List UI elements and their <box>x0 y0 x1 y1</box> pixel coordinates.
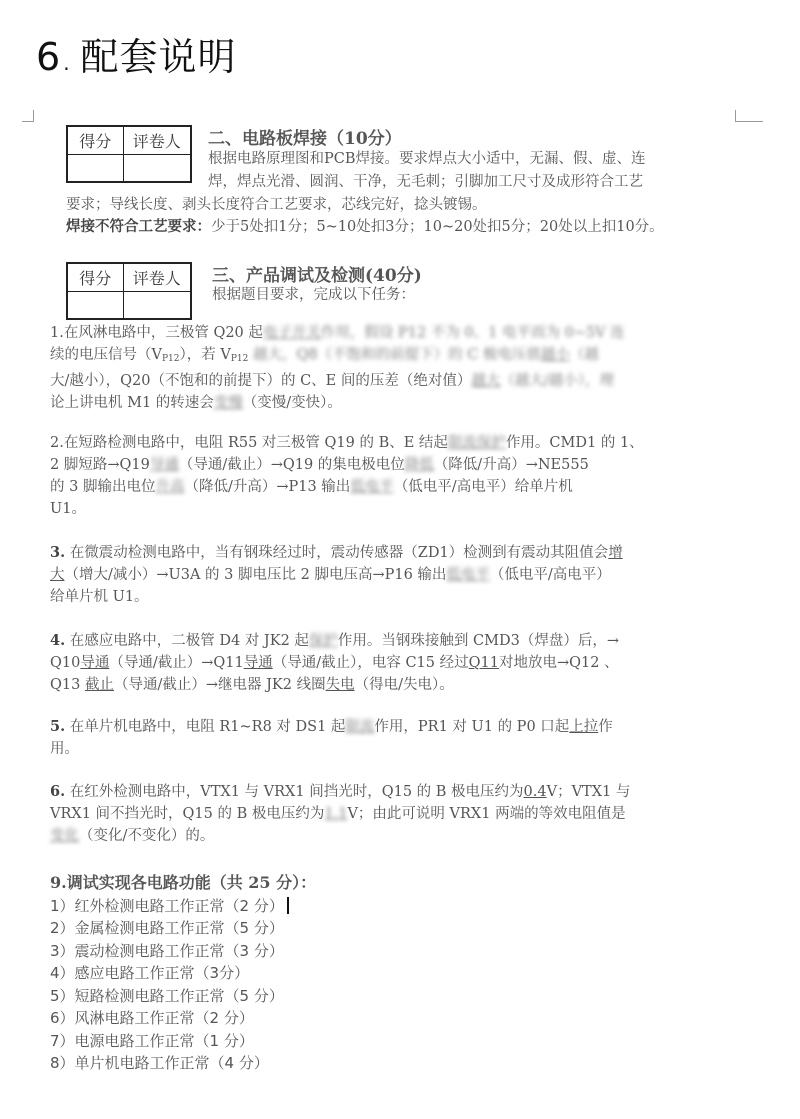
q3-answer-1b[interactable]: 大 <box>50 567 65 583</box>
score-header: 得分 <box>67 126 123 154</box>
grader-cell[interactable] <box>123 291 191 319</box>
q5-text: 作 <box>598 719 613 735</box>
title-dot: . <box>63 51 70 75</box>
q1-text: 1.在风淋电路中，三极管 Q20 起 <box>50 325 263 341</box>
q1-text: 越大，Q8（不饱和的前提下）的 C 极电压值 <box>248 347 541 363</box>
q2-text: （降低/升高）→P13 输出 <box>184 479 350 495</box>
question-4: 4. 在感应电路中，二极管 D4 对 JK2 起保护作用。当钢珠接触到 CMD3… <box>50 630 750 696</box>
q2-answer-1[interactable]: 限流保护 <box>448 435 506 451</box>
q2-answer-3[interactable]: 降低 <box>405 457 434 473</box>
q3-text: 在微震动检测电路中，当有钢珠经过时，震动传感器（ZD1）检测到有震动其阻值会 <box>65 545 608 561</box>
q5-text: 作用，PR1 对 U1 的 P0 口起 <box>374 719 569 735</box>
section2-heading: 二、电路板焊接（10分） <box>208 124 402 149</box>
q2-text: 的 3 脚输出电位 <box>50 479 155 495</box>
q2-text: 作用。CMD1 的 1、 <box>506 435 644 451</box>
q1-text: （变慢/变快）。 <box>243 395 342 411</box>
q1-text: 续的电压信号（V <box>50 347 162 363</box>
rule-text: 少于5处扣1分；5~10处扣3分；10~20处扣5分；20处以上扣10分。 <box>211 219 664 235</box>
q4-answer-5[interactable]: 截止 <box>85 677 114 693</box>
q2-text: 2 脚短路→Q19 <box>50 457 150 473</box>
q3-text: 给单片机 U1。 <box>50 589 149 605</box>
q1-answer-3[interactable]: 越大 <box>471 373 500 389</box>
section9-list: 9.调试实现各电路功能（共 25 分）： 1）红外检测电路工作正常（2 分） 2… <box>50 872 316 1075</box>
q4-answer-1[interactable]: 保护 <box>309 633 338 649</box>
q4-text: （导通/截止）→Q11 <box>109 655 243 671</box>
q6-number: 6. <box>50 783 65 800</box>
score-cell[interactable] <box>67 291 123 319</box>
q4-text: （导通/截止），电容 C15 经过 <box>273 655 469 671</box>
q4-text: 在感应电路中，二极管 D4 对 JK2 起 <box>65 633 309 649</box>
q4-number: 4. <box>50 632 65 649</box>
q4-answer-3[interactable]: 导通 <box>244 655 273 671</box>
q2-answer-4[interactable]: 升高 <box>155 479 184 495</box>
list-item: 3）震动检测电路工作正常（3 分） <box>50 940 316 963</box>
q2-text: U1。 <box>50 501 86 517</box>
q1-text: 大/越小），Q20（不饱和的前提下）的 C、E 间的压差（绝对值） <box>50 373 471 389</box>
q4-text: 作用。当钢珠接触到 CMD3（焊盘）后，→ <box>338 633 619 649</box>
q4-text: Q13 <box>50 677 80 693</box>
score-cell[interactable] <box>67 154 123 182</box>
question-6: 6. 在红外检测电路中，VTX1 与 VRX1 间挡光时，Q15 的 B 极电压… <box>50 781 750 847</box>
q4-answer-6[interactable]: 失电 <box>326 677 355 693</box>
q6-text: V；由此可说明 VRX1 两端的等效电阻值是 <box>347 806 625 822</box>
q5-text: 在单片机电路中，电阻 R1~R8 对 DS1 起 <box>65 719 345 735</box>
score-table-section3: 得分 评卷人 <box>66 262 192 320</box>
section3-intro: 根据题目要求，完成以下任务： <box>212 284 415 306</box>
q1-subscript: P12 <box>231 354 249 364</box>
question-5: 5. 在单片机电路中，电阻 R1~R8 对 DS1 起限流作用，PR1 对 U1… <box>50 716 750 760</box>
list-item: 1）红外检测电路工作正常（2 分） <box>50 895 316 918</box>
q1-subscript: P12 <box>162 354 180 364</box>
q1-text: 作用，假设 P12 不为 0、1 电平而为 0~5V 连 <box>321 325 625 341</box>
q2-text: （低电平/高电平）给单片机 <box>394 479 573 495</box>
rule-label: 焊接不符合工艺要求： <box>66 218 211 235</box>
crop-mark-top-right <box>735 110 763 122</box>
section2-line3: 要求；导线长度、剥头长度符合工艺要求，芯线完好，捻头镀锡。 <box>66 194 487 216</box>
list-item-text: 1）红外检测电路工作正常（2 分） <box>50 897 284 915</box>
q6-answer-3[interactable]: 变化 <box>50 828 79 844</box>
page-title: 6.配套说明 <box>36 26 237 81</box>
grader-header: 评卷人 <box>123 263 191 291</box>
q1-text: （越大/越小），理 <box>500 373 614 389</box>
q3-answer-1a[interactable]: 增 <box>608 545 623 561</box>
score-header: 得分 <box>67 263 123 291</box>
section9-heading: 9.调试实现各电路功能（共 25 分）： <box>50 872 316 895</box>
q1-text: 论上讲电机 M1 的转速会 <box>50 395 214 411</box>
q4-answer-2[interactable]: 导通 <box>80 655 109 671</box>
q5-answer-2[interactable]: 上拉 <box>569 719 598 735</box>
q6-text: VRX1 间不挡光时，Q15 的 B 极电压约为 <box>50 806 324 822</box>
section2-line1: 根据电路原理图和PCB焊接。要求焊点大小适中，无漏、假、虚、连 <box>208 148 646 170</box>
list-item: 8）单片机电路工作正常（4 分） <box>50 1052 316 1075</box>
q2-text: 2.在短路检测电路中，电阻 R55 对三极管 Q19 的 B、E 结起 <box>50 435 448 451</box>
q1-answer-4[interactable]: 变慢 <box>214 395 243 411</box>
q6-text: V；VTX1 与 <box>547 784 631 800</box>
q5-text: 用。 <box>50 741 79 757</box>
text-cursor <box>287 897 289 914</box>
q3-text: （低电平/高电平） <box>490 567 611 583</box>
list-item: 2）金属检测电路工作正常（5 分） <box>50 917 316 940</box>
list-item: 7）电源电路工作正常（1 分） <box>50 1030 316 1053</box>
title-text: 配套说明 <box>81 35 237 79</box>
section2-rule: 焊接不符合工艺要求：少于5处扣1分；5~10处扣3分；10~20处扣5分；20处… <box>66 216 664 238</box>
q2-answer-5[interactable]: 低电平 <box>350 479 394 495</box>
q3-text: （增大/减小）→U3A 的 3 脚电压比 2 脚电压高→P16 输出 <box>65 567 447 583</box>
q4-text: 对地放电→Q12 、 <box>499 655 619 671</box>
crop-mark-top-left <box>22 110 34 122</box>
q4-text: Q10 <box>50 655 80 671</box>
grader-header: 评卷人 <box>123 126 191 154</box>
q6-text: （变化/不变化）的。 <box>79 828 214 844</box>
question-1: 1.在风淋电路中，三极管 Q20 起电子开关作用，假设 P12 不为 0、1 电… <box>50 322 750 414</box>
q4-answer-4[interactable]: Q11 <box>469 655 499 671</box>
q5-number: 5. <box>50 718 65 735</box>
q6-text: 在红外检测电路中，VTX1 与 VRX1 间挡光时，Q15 的 B 极电压约为 <box>65 784 523 800</box>
q4-text: （导通/截止）→继电器 JK2 线圈 <box>114 677 326 693</box>
section3-heading: 三、产品调试及检测(40分) <box>212 261 422 286</box>
title-number: 6 <box>36 35 61 79</box>
question-3: 3. 在微震动检测电路中，当有钢珠经过时，震动传感器（ZD1）检测到有震动其阻值… <box>50 542 750 608</box>
q2-text: （导通/截止）→Q19 的集电极电位 <box>179 457 405 473</box>
q4-text: （得电/失电）。 <box>355 677 454 693</box>
section2-line2: 焊，焊点光滑、圆润、干净，无毛刺；引脚加工尺寸及成形符合工艺 <box>208 171 643 193</box>
q1-answer-2[interactable]: 越小 <box>541 347 570 363</box>
q5-answer-1[interactable]: 限流 <box>345 719 374 735</box>
list-item: 6）风淋电路工作正常（2 分） <box>50 1007 316 1030</box>
q6-answer-1[interactable]: 0.4 <box>524 784 547 800</box>
list-item: 5）短路检测电路工作正常（5 分） <box>50 985 316 1008</box>
q1-text: ），若 V <box>180 347 231 363</box>
q2-answer-2[interactable]: 导通 <box>150 457 179 473</box>
question-2: 2.在短路检测电路中，电阻 R55 对三极管 Q19 的 B、E 结起限流保护作… <box>50 432 750 520</box>
list-item: 4）感应电路工作正常（3分） <box>50 962 316 985</box>
grader-cell[interactable] <box>123 154 191 182</box>
q3-number: 3. <box>50 544 65 561</box>
q2-text: （降低/升高）→NE555 <box>434 457 589 473</box>
q6-answer-2[interactable]: 1.1 <box>324 806 347 822</box>
q1-answer-1[interactable]: 电子开关 <box>263 325 321 341</box>
q1-text: （越 <box>570 347 599 363</box>
q3-answer-2[interactable]: 低电平 <box>446 567 490 583</box>
score-table-section2: 得分 评卷人 <box>66 125 192 183</box>
